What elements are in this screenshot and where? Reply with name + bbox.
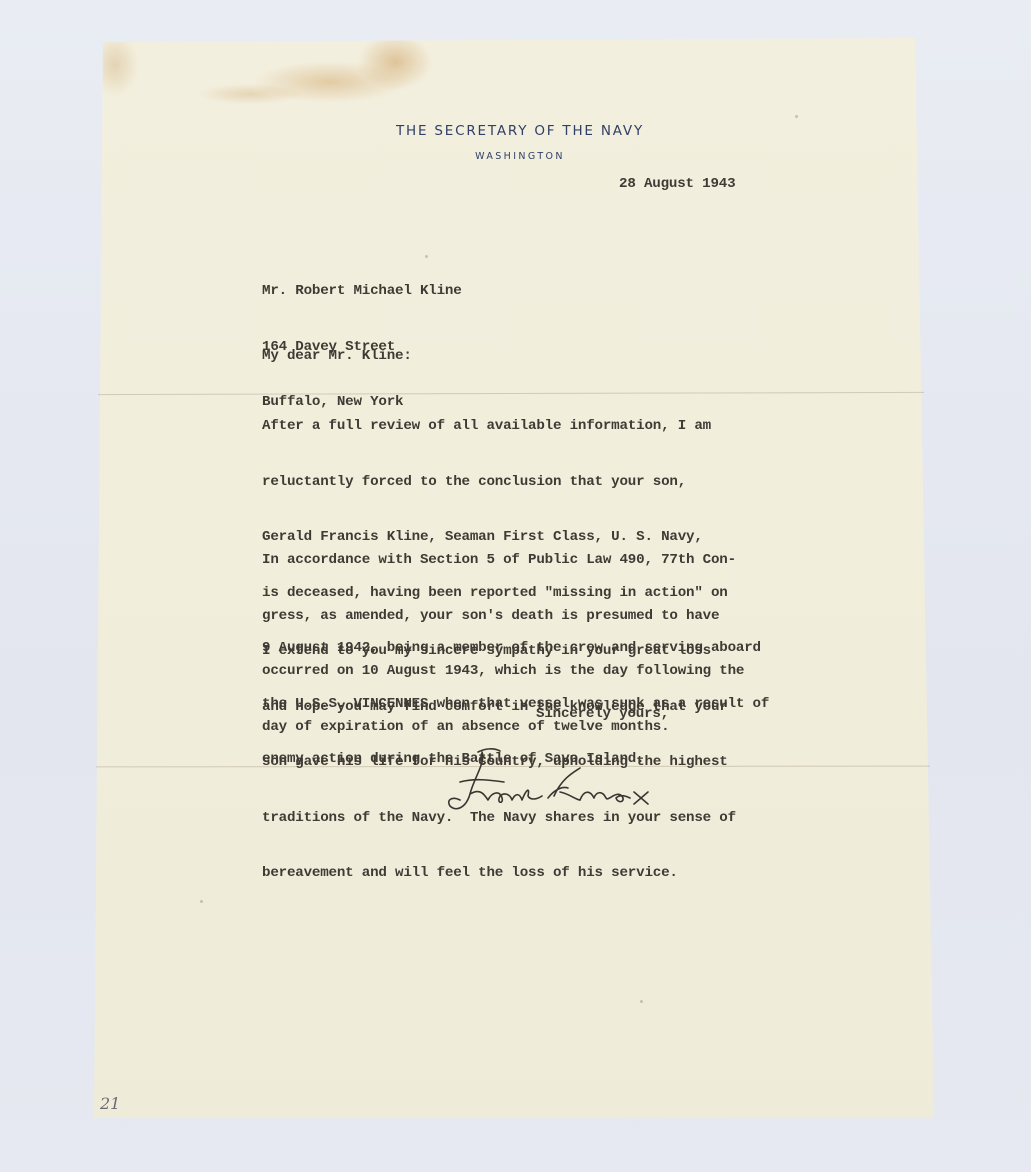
pencil-annotation: 21	[100, 1094, 120, 1113]
body-line: After a full review of all available inf…	[262, 417, 769, 436]
signature-frank-knox	[430, 738, 710, 828]
recipient-name: Mr. Robert Michael Kline	[262, 282, 462, 301]
paper-speck	[200, 900, 203, 903]
paper-speck	[640, 1000, 643, 1003]
body-line: bereavement and will feel the loss of hi…	[262, 864, 736, 883]
letter-date: 28 August 1943	[619, 175, 735, 194]
letterhead-city: WASHINGTON	[300, 151, 740, 162]
paper-speck	[795, 115, 798, 118]
closing: Sincerely yours,	[536, 705, 669, 724]
body-line: I extend to you my sincere sympathy in y…	[262, 642, 736, 661]
letterhead-title: THE SECRETARY OF THE NAVY	[300, 123, 740, 139]
body-line: reluctantly forced to the conclusion tha…	[262, 473, 769, 492]
body-line: In accordance with Section 5 of Public L…	[262, 551, 744, 570]
salutation: My dear Mr. Kline:	[262, 347, 412, 366]
